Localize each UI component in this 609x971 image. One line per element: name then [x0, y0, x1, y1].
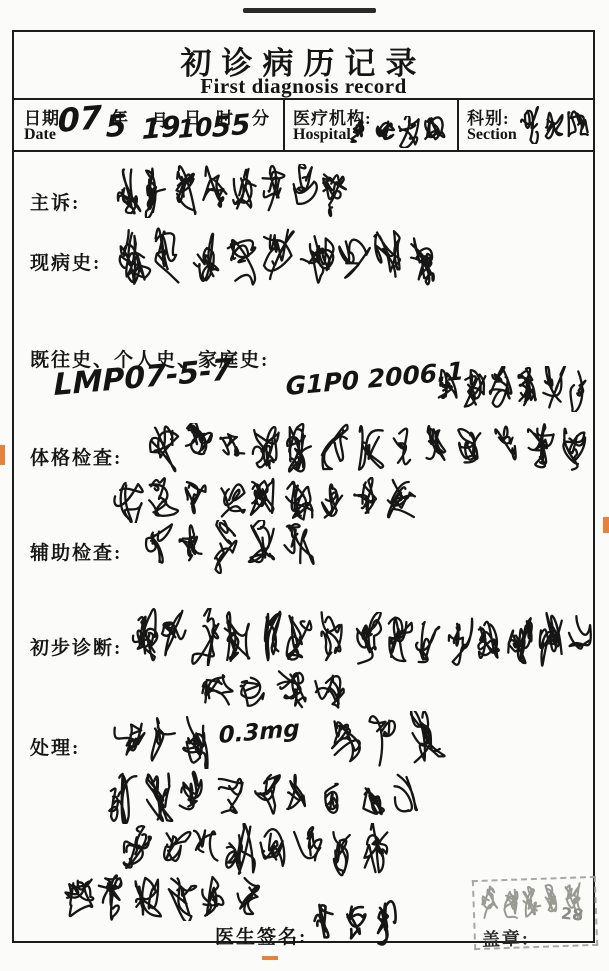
- date-value-hour: 10: [177, 112, 212, 144]
- doctor-signature-label: 医生签名:: [215, 922, 307, 949]
- treatment-handwriting-line1-right: [326, 711, 448, 769]
- treatment-handwriting-line2: [105, 770, 427, 824]
- preliminary-diagnosis-label: 初步诊断:: [30, 633, 122, 660]
- scan-artifact-left-orange-tick: [0, 445, 5, 465]
- treatment-handwriting-line1-left: [112, 711, 216, 769]
- treatment-handwriting-line4: [62, 873, 268, 921]
- date-cell: 日期: Date 年 月 日 时 分 07 5 19 10 55: [14, 100, 283, 150]
- date-value-year: 07: [57, 98, 102, 140]
- chief-complaint-handwriting: [112, 164, 350, 218]
- present-illness-handwriting: [115, 226, 445, 288]
- doctor-signature-handwriting: [312, 898, 402, 952]
- scan-artifact-bottom-orange-dash: [262, 956, 278, 960]
- auxiliary-exam-label: 辅助检查:: [30, 538, 122, 565]
- date-unit-minute: 分: [252, 104, 269, 129]
- hospital-handwriting: [347, 116, 447, 148]
- physical-exam-handwriting-line1: [148, 423, 593, 475]
- hospital-label-en: Hospital: [293, 126, 351, 144]
- seal-stamp-number: 28: [560, 904, 584, 925]
- info-row: 日期: Date 年 月 日 时 分 07 5 19 10 55 医疗机构: H…: [14, 98, 593, 152]
- diagnosis-handwriting-line2: [198, 668, 350, 714]
- section-cell: 科别: Section: [457, 100, 593, 150]
- hospital-cell: 医疗机构: Hospital: [283, 100, 457, 150]
- scan-artifact-right-orange-tick: [603, 517, 609, 533]
- form-border-box: 初诊病历记录 First diagnosis record 日期: Date 年…: [12, 30, 595, 943]
- seal-label: 盖章:: [481, 924, 530, 952]
- treatment-dose-handwriting: 0.3mg: [219, 716, 300, 749]
- scan-artifact-top-dash: [243, 8, 376, 13]
- chief-complaint-label: 主诉:: [30, 188, 80, 215]
- section-handwriting: [519, 106, 591, 144]
- date-value-month: 5: [105, 108, 126, 145]
- treatment-label: 处理:: [30, 733, 80, 760]
- scanned-medical-record-page: 初诊病历记录 First diagnosis record 日期: Date 年…: [0, 0, 609, 971]
- physical-exam-label: 体格检查:: [30, 443, 122, 470]
- diagnosis-handwriting-line1-left: [128, 608, 348, 666]
- physical-exam-handwriting-line2: [112, 477, 420, 523]
- histories-obstetric-rest-handwriting: [436, 366, 594, 412]
- auxiliary-exam-handwriting: [142, 520, 317, 574]
- present-illness-label: 现病史:: [30, 248, 101, 275]
- date-label-en: Date: [24, 126, 56, 144]
- date-value-minute: 55: [211, 108, 250, 144]
- diagnosis-handwriting-line1-right: [355, 612, 597, 668]
- page-title-english: First diagnosis record: [14, 74, 593, 99]
- treatment-handwriting-line3: [122, 823, 394, 877]
- seal-stamp: 28 盖章:: [472, 876, 598, 950]
- date-value-day: 19: [141, 110, 180, 146]
- section-label-en: Section: [467, 126, 517, 144]
